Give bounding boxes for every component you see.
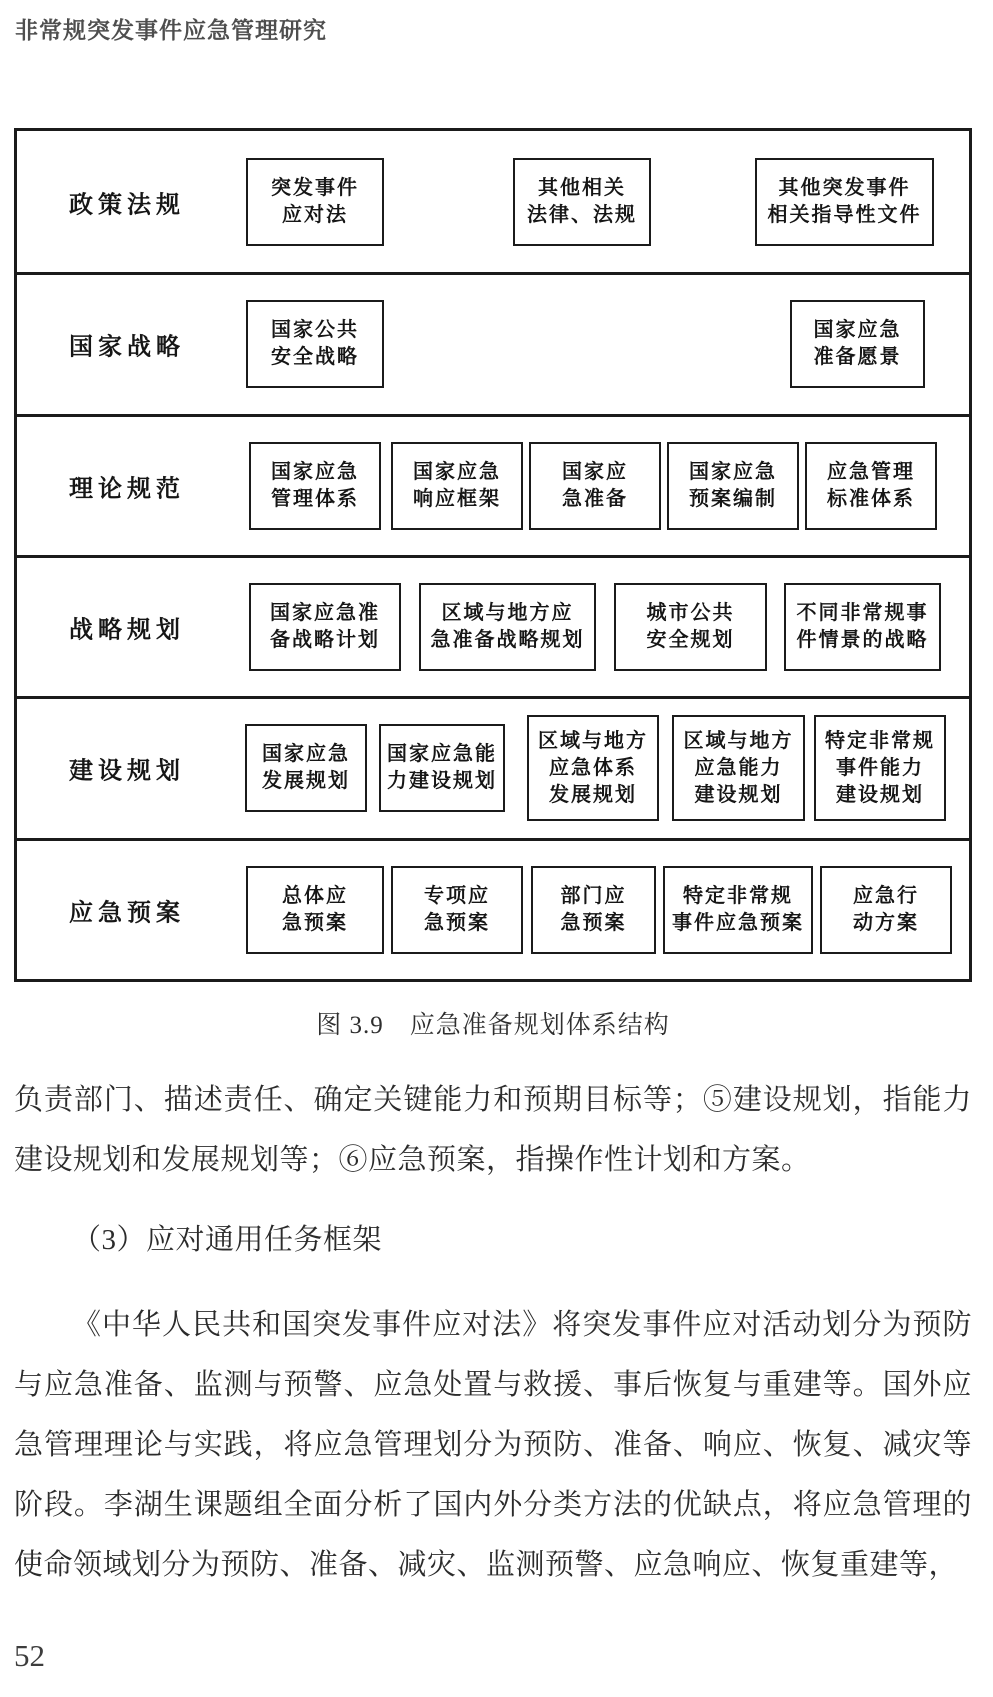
figure-box: 不同非常规事 件情景的战略 [784, 583, 941, 671]
figure-box: 区域与地方应 急准备战略规划 [419, 583, 596, 671]
figure-box: 国家应急 预案编制 [667, 442, 799, 530]
figure-box: 部门应 急预案 [531, 866, 656, 954]
figure-box: 其他突发事件 相关指导性文件 [755, 158, 934, 246]
figure-box: 城市公共 安全规划 [614, 583, 767, 671]
running-header: 非常规突发事件应急管理研究 [15, 12, 327, 45]
figure-box: 应急管理 标准体系 [805, 442, 937, 530]
figure-box: 国家应急 管理体系 [249, 442, 381, 530]
figure-box: 区域与地方 应急能力 建设规划 [672, 715, 805, 821]
figure-caption: 图 3.9 应急准备规划体系结构 [14, 1005, 972, 1041]
figure-row-theory-norms: 理论规范 国家应急 管理体系 国家应急 响应框架 国家应 急准备 国家应急 预案… [17, 414, 969, 555]
figure-box: 应急行 动方案 [820, 866, 952, 954]
figure-box: 突发事件 应对法 [246, 158, 384, 246]
figure-box: 其他相关 法律、法规 [513, 158, 651, 246]
row-label: 国家战略 [57, 327, 197, 362]
body-paragraph: 负责部门、描述责任、确定关键能力和预期目标等；⑤建设规划，指能力建设规划和发展规… [14, 1070, 972, 1190]
figure-box: 特定非常规 事件应急预案 [663, 866, 813, 954]
row-label: 应急预案 [57, 892, 197, 927]
figure-box: 国家应急准 备战略计划 [249, 583, 401, 671]
figure-box: 国家应 急准备 [529, 442, 661, 530]
figure-box: 总体应 急预案 [246, 866, 384, 954]
figure-3-9-diagram: 政策法规 突发事件 应对法 其他相关 法律、法规 其他突发事件 相关指导性文件 … [14, 128, 972, 982]
figure-box: 特定非常规 事件能力 建设规划 [814, 715, 946, 821]
row-label: 理论规范 [57, 468, 197, 503]
row-label: 建设规划 [57, 751, 197, 786]
figure-box: 区域与地方 应急体系 发展规划 [527, 715, 659, 821]
figure-row-strategic-planning: 战略规划 国家应急准 备战略计划 区域与地方应 急准备战略规划 城市公共 安全规… [17, 555, 969, 696]
figure-box: 国家应急 准备愿景 [790, 300, 925, 388]
figure-row-emergency-plans: 应急预案 总体应 急预案 专项应 急预案 部门应 急预案 特定非常规 事件应急预… [17, 838, 969, 979]
figure-box: 国家应急 响应框架 [391, 442, 523, 530]
figure-row-national-strategy: 国家战略 国家公共 安全战略 国家应急 准备愿景 [17, 272, 969, 413]
body-paragraph: 《中华人民共和国突发事件应对法》将突发事件应对活动划分为预防与应急准备、监测与预… [14, 1295, 972, 1595]
page-number: 52 [14, 1638, 45, 1674]
figure-box: 国家公共 安全战略 [246, 300, 384, 388]
figure-row-policy: 政策法规 突发事件 应对法 其他相关 法律、法规 其他突发事件 相关指导性文件 [17, 131, 969, 272]
row-label: 战略规划 [57, 610, 197, 645]
figure-box: 专项应 急预案 [391, 866, 523, 954]
figure-box: 国家应急 发展规划 [245, 724, 367, 812]
row-label: 政策法规 [57, 184, 197, 219]
figure-row-construction-planning: 建设规划 国家应急 发展规划 国家应急能 力建设规划 区域与地方 应急体系 发展… [17, 696, 969, 837]
section-heading: （3）应对通用任务框架 [14, 1210, 972, 1270]
figure-box: 国家应急能 力建设规划 [379, 724, 505, 812]
